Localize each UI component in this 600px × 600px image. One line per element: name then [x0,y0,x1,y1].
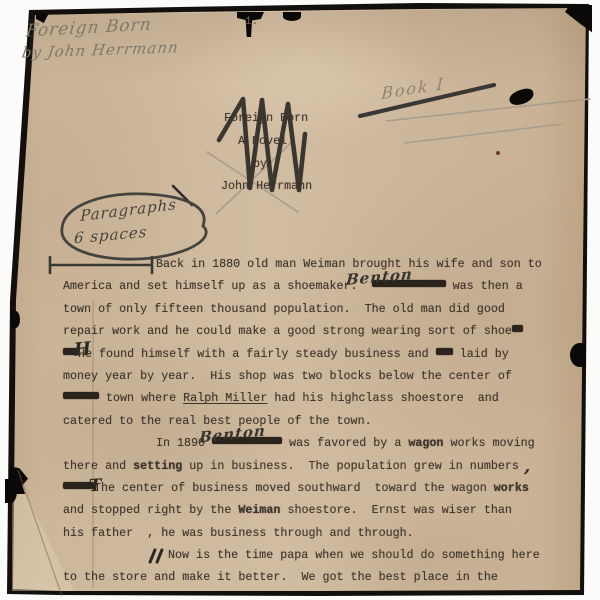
typed-text: works moving [443,436,534,450]
typed-line: He found himself with a fairly steady bu… [63,343,541,365]
typed-text: his father , he was business through and… [63,526,414,540]
typed-text: had his highclass shoestore and [267,391,498,405]
typed-line: catered to the real best people of the t… [63,410,541,432]
typed-line: town of only fifteen thousand population… [63,298,541,320]
typed-line: money year by year. His shop was two blo… [63,365,541,387]
typed-text: to the store and make it better. We got … [63,570,498,584]
typed-line: The center of business moved southward t… [63,477,541,499]
typed-text: repair work and he could make a good str… [63,324,512,338]
tear-mark [11,311,20,328]
typed-text: The center of business moved southward t… [94,481,494,495]
tear-mark [5,479,17,503]
blacked-out-word [63,392,99,399]
page-number: 1. [245,16,258,28]
typed-line: there and setting up in business. The po… [63,455,541,477]
pencil-correction-capital-h: H [73,338,93,360]
typed-author: John Herrmann [221,179,312,193]
typed-line: to the store and make it better. We got … [63,566,541,588]
typed-text: laid by [453,347,509,361]
manuscript-scan: 1. Foreign Born A Novel by John Herrmann… [0,0,600,600]
typed-subtitle: A Novel [238,134,287,148]
typed-text: and stopped right by the [63,503,238,517]
typed-line: and stopped right by the Weiman shoestor… [63,499,541,521]
typed-text: Weiman [238,503,280,517]
typed-text: He found himself with a fairly steady bu… [78,347,436,361]
typed-line: America and set himself up as a shoemake… [63,275,541,297]
pencil-correction-capital-t: T [88,476,103,497]
typed-text-body: Back in 1880 old man Weiman brought his … [63,253,541,589]
typed-line: Back in 1880 old man Weiman brought his … [63,253,541,275]
typed-line: repair work and he could make a good str… [63,320,541,342]
typed-line: town where Ralph Miller had his highclas… [63,387,541,409]
stain-spot [496,151,500,155]
typed-text: town of only fifteen thousand population… [63,302,505,316]
typed-text: wagon [408,436,443,450]
typed-text: Back in 1880 old man Weiman brought his … [156,257,542,271]
typed-text: town where [99,391,183,405]
typed-text: there and [63,459,133,473]
typed-line: his father , he was business through and… [63,522,541,544]
typed-text: setting [133,459,182,473]
typed-byline: by [253,157,267,171]
typed-text: Ralph Miller [183,391,267,405]
blacked-out-word [436,348,453,355]
typed-text: shoestore. Ernst was wiser than [280,503,511,517]
typed-text: was then a [446,279,523,293]
typed-text: works [494,481,529,495]
typed-line: In 1890 was favored by a wagon works mov… [63,432,541,454]
pencil-inserted-comma: , [524,456,531,477]
blacked-out-word [512,325,523,332]
typed-text: Now is the time papa when we should do s… [168,548,540,562]
typed-line: Now is the time papa when we should do s… [63,544,541,566]
typed-text: was favored by a [282,436,408,450]
typed-text: America and set himself up as a shoemake… [63,279,372,293]
typed-text: up in business. The population grew in n… [182,459,519,473]
typed-text: money year by year. His shop was two blo… [63,369,512,383]
tear-mark [570,343,586,367]
tear-mark [283,12,301,21]
typed-title: Foreign Born [224,111,308,125]
